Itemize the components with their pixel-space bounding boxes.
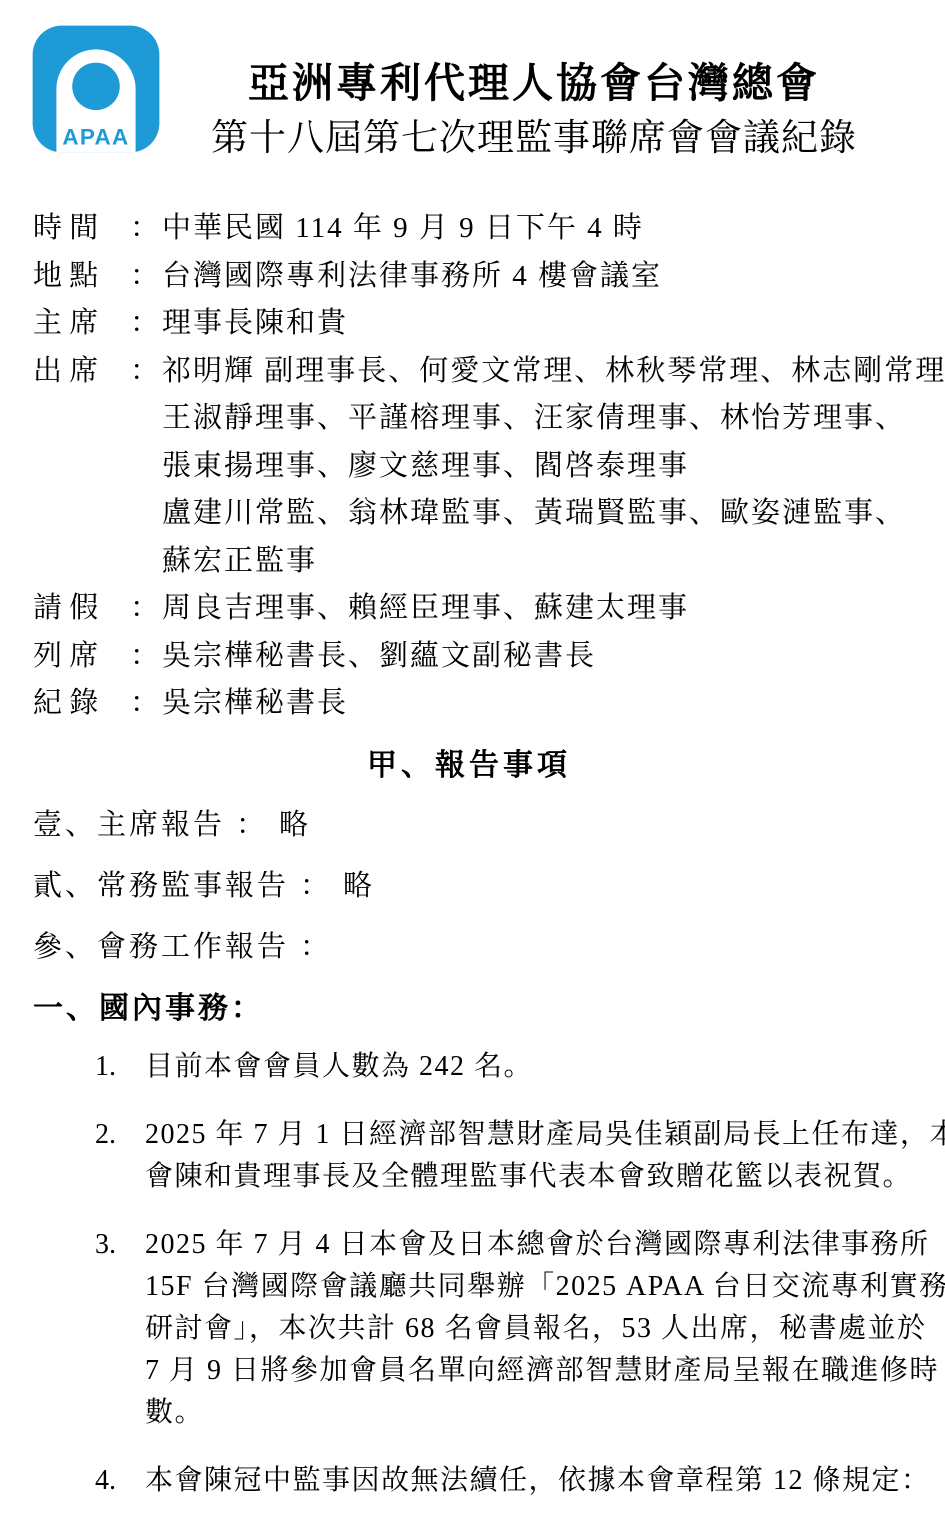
page-title: 亞洲專利代理人協會台灣總會 [163, 58, 905, 109]
meta-value: 周良吉理事、賴經臣理事、蘇建太理事 [162, 585, 905, 633]
meta-colon: ： [130, 300, 162, 348]
meta-label: 紀 錄 [33, 680, 130, 728]
item-text: 目前本會會員人數為 242 名。 [145, 1046, 905, 1088]
text-line: 吳宗樺秘書長、劉蘊文副秘書長 [162, 633, 905, 681]
meta-value: 祁明輝 副理事長、何愛文常理、林秋琴常理、林志剛常理、王淑靜理事、平謹榕理事、汪… [162, 348, 905, 586]
meta-colon: ： [130, 633, 162, 681]
item-number: 1. [95, 1046, 116, 1088]
report-colon: ： [300, 924, 332, 971]
meta-value: 台灣國際專利法律事務所 4 樓會議室 [162, 253, 905, 301]
text-line: 祁明輝 副理事長、何愛文常理、林秋琴常理、林志剛常理、 [162, 348, 905, 396]
meta-row: 時 間 ： 中華民國 114 年 9 月 9 日下午 4 時 [33, 205, 905, 253]
text-line: 王淑靜理事、平謹榕理事、汪家倩理事、林怡芳理事、 [162, 395, 905, 443]
page-subtitle: 第十八屆第七次理監事聯席會會議紀錄 [163, 115, 905, 163]
text-line: 數。 [145, 1392, 905, 1434]
meta-label: 地 點 [33, 253, 130, 301]
logo-circle [72, 63, 120, 111]
meta-label: 主 席 [33, 300, 130, 348]
text-line: 15F 台灣國際會議廳共同舉辦「2025 APAA 台日交流專利實務 [145, 1266, 905, 1308]
meta-value: 吳宗樺秘書長 [162, 680, 905, 728]
report-row: 貳、常務監事報告：略 [33, 863, 905, 910]
report-value: 略 [279, 809, 311, 841]
text-line: 理事長陳和貴 [162, 300, 905, 348]
meta-colon: ： [130, 205, 162, 253]
logo-wordmark: APAA [62, 124, 129, 149]
meeting-meta: 時 間 ： 中華民國 114 年 9 月 9 日下午 4 時 地 點 ： 台灣國… [33, 205, 905, 728]
meta-row: 請 假 ： 周良吉理事、賴經臣理事、蘇建太理事 [33, 585, 905, 633]
list-item: 1. 目前本會會員人數為 242 名。 [33, 1046, 905, 1088]
report-label: 壹、主席報告 [33, 809, 225, 841]
list-item: 3. 2025 年 7 月 4 日本會及日本總會於台灣國際專利法律事務所15F … [33, 1224, 905, 1434]
document-title-block: 亞洲專利代理人協會台灣總會 第十八屆第七次理監事聯席會會議紀錄 [163, 0, 905, 163]
report-colon: ： [236, 802, 268, 849]
meta-row: 出 席 ： 祁明輝 副理事長、何愛文常理、林秋琴常理、林志剛常理、王淑靜理事、平… [33, 348, 905, 586]
meta-colon: ： [130, 253, 162, 301]
text-line: 研討會」，本次共計 68 名會員報名，53 人出席，秘書處並於 [145, 1308, 905, 1350]
text-line: 本會陳冠中監事因故無法續任，依據本會章程第 12 條規定： [145, 1460, 905, 1502]
item-text: 2025 年 7 月 1 日經濟部智慧財產局吳佳穎副局長上任布達，本會陳和貴理事… [145, 1114, 905, 1198]
apaa-logo: APAA [30, 23, 162, 155]
item-text: 本會陳冠中監事因故無法續任，依據本會章程第 12 條規定： [145, 1460, 905, 1502]
text-line: 中華民國 114 年 9 月 9 日下午 4 時 [162, 205, 905, 253]
report-value: 略 [343, 870, 375, 902]
meta-label: 出 席 [33, 348, 130, 396]
meta-colon: ： [130, 348, 162, 396]
text-line: 盧建川常監、翁林瑋監事、黃瑞賢監事、歐姿漣監事、 [162, 490, 905, 538]
meta-colon: ： [130, 680, 162, 728]
meta-label: 列 席 [33, 633, 130, 681]
text-line: 張東揚理事、廖文慈理事、閻啓泰理事 [162, 443, 905, 491]
meta-row: 地 點 ： 台灣國際專利法律事務所 4 樓會議室 [33, 253, 905, 301]
meta-row: 列 席 ： 吳宗樺秘書長、劉蘊文副秘書長 [33, 633, 905, 681]
report-row: 參、會務工作報告： [33, 924, 905, 971]
text-line: 周良吉理事、賴經臣理事、蘇建太理事 [162, 585, 905, 633]
meta-row: 主 席 ： 理事長陳和貴 [33, 300, 905, 348]
meta-colon: ： [130, 585, 162, 633]
text-line: 目前本會會員人數為 242 名。 [145, 1046, 905, 1088]
item-number: 2. [95, 1114, 116, 1156]
meta-value: 吳宗樺秘書長、劉蘊文副秘書長 [162, 633, 905, 681]
report-row: 壹、主席報告：略 [33, 802, 905, 849]
section-heading-reports: 甲、報告事項 [33, 746, 905, 786]
report-label: 參、會務工作報告 [33, 931, 289, 963]
text-line: 吳宗樺秘書長 [162, 680, 905, 728]
text-line: 台灣國際專利法律事務所 4 樓會議室 [162, 253, 905, 301]
item-text: 2025 年 7 月 4 日本會及日本總會於台灣國際專利法律事務所15F 台灣國… [145, 1224, 905, 1434]
report-list: 壹、主席報告：略 貳、常務監事報告：略 參、會務工作報告： [33, 802, 905, 971]
report-label: 貳、常務監事報告 [33, 870, 289, 902]
text-line: 2025 年 7 月 1 日經濟部智慧財產局吳佳穎副局長上任布達，本 [145, 1114, 905, 1156]
text-line: 蘇宏正監事 [162, 538, 905, 586]
text-line: 2025 年 7 月 4 日本會及日本總會於台灣國際專利法律事務所 [145, 1224, 905, 1266]
subsection-heading-domestic: 一、國內事務： [33, 985, 905, 1032]
domestic-item-list: 1. 目前本會會員人數為 242 名。 2. 2025 年 7 月 1 日經濟部… [33, 1046, 905, 1502]
meta-label: 請 假 [33, 585, 130, 633]
item-number: 3. [95, 1224, 116, 1266]
list-item: 2. 2025 年 7 月 1 日經濟部智慧財產局吳佳穎副局長上任布達，本會陳和… [33, 1114, 905, 1198]
meta-value: 中華民國 114 年 9 月 9 日下午 4 時 [162, 205, 905, 253]
item-number: 4. [95, 1460, 116, 1502]
meta-value: 理事長陳和貴 [162, 300, 905, 348]
meta-row: 紀 錄 ： 吳宗樺秘書長 [33, 680, 905, 728]
text-line: 7 月 9 日將參加會員名單向經濟部智慧財產局呈報在職進修時 [145, 1350, 905, 1392]
document-page: APAA 亞洲專利代理人協會台灣總會 第十八屆第七次理監事聯席會會議紀錄 時 間… [0, 0, 945, 1528]
report-colon: ： [300, 863, 332, 910]
list-item: 4. 本會陳冠中監事因故無法續任，依據本會章程第 12 條規定： [33, 1460, 905, 1502]
meta-label: 時 間 [33, 205, 130, 253]
text-line: 會陳和貴理事長及全體理監事代表本會致贈花籃以表祝賀。 [145, 1156, 905, 1198]
apaa-logo-graphic: APAA [30, 23, 162, 155]
